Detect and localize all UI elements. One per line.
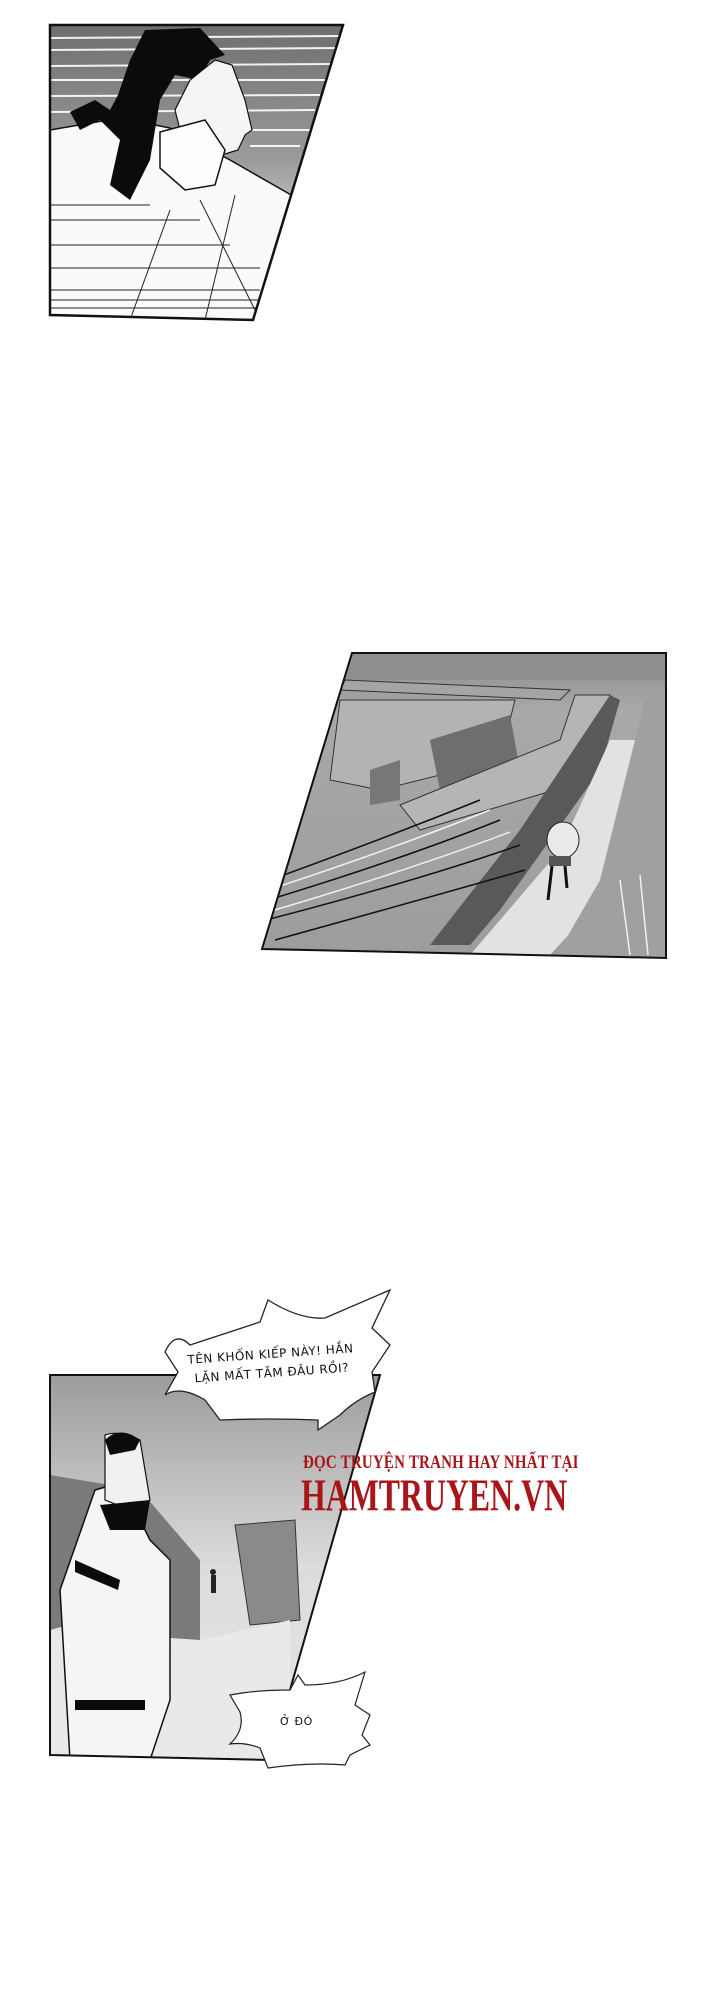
comic-page-canvas [0,0,716,2000]
watermark-site-name[interactable]: HAMTRUYEN.VN [301,1470,567,1522]
panel-1 [40,20,350,325]
speech-bubble-2-text: Ở ĐÓ [280,1712,313,1731]
panel-2 [260,650,670,960]
